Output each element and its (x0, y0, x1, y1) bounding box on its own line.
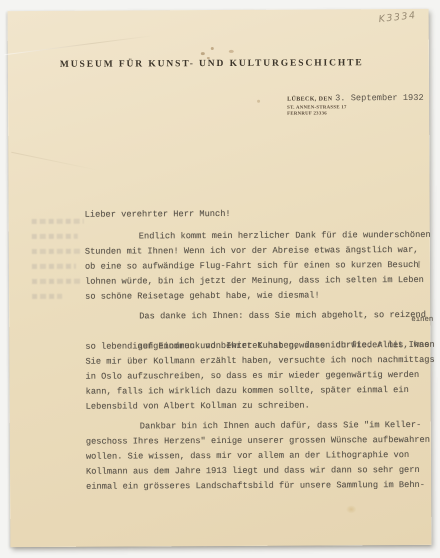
ghost-text-line (32, 219, 84, 224)
letterhead-title: MUSEUM FÜR KUNST- UND KULTURGESCHICHTE (60, 58, 364, 70)
letter-line: in Oslo aufzuschreiben, so dass es mir w… (85, 368, 427, 385)
ghost-text-line (32, 234, 78, 239)
insertion-word: einen (411, 316, 433, 325)
letter-body: Lieber verehrter Herr Munch! Endlich kom… (85, 206, 428, 495)
ink-stain (211, 47, 214, 50)
city-date-label: LÜBECK, DEN (287, 96, 332, 102)
paper-crease (4, 35, 153, 55)
ghost-text-line (32, 249, 82, 254)
letter-line: wollen. Sie wissen, dass mir vor allem a… (86, 448, 428, 465)
letter-line: Endlich kommt mein herzlicher Dank für d… (85, 228, 427, 245)
phone-line: FERNRUF 23336 (287, 111, 327, 116)
letter-line: Das danke ich Ihnen: dass Sie mich abgeh… (85, 308, 427, 325)
letter-line-text: aufgenommen und bewirtet haben, dass ich… (137, 340, 440, 352)
ink-stain (207, 57, 210, 59)
letter-line: aufgenommen und bewirtet haben, dass ich… (85, 323, 427, 340)
typed-date: 3. September 1932 (335, 93, 424, 103)
letter-line: Dankbar bin ich Ihnen auch dafür, dass S… (86, 418, 428, 435)
letter-line: so schöne Reisetage gehabt habe, wie die… (85, 288, 427, 305)
salutation: Lieber verehrter Herr Munch! (85, 206, 427, 223)
paragraph: Dankbar bin ich Ihnen auch dafür, dass S… (86, 418, 428, 495)
ink-stain (257, 100, 260, 103)
ghost-text-line (32, 264, 76, 269)
letter-line: lohnen würde, bin ich jetzt der Meinung,… (85, 273, 427, 290)
archive-code-annotation: K3334 (378, 10, 417, 25)
letter-page: K3334 MUSEUM FÜR KUNST- UND KULTURGESCHI… (8, 9, 432, 547)
ink-stain (229, 50, 234, 53)
letter-line: kann, falls ich wirklich dazu kommen sol… (86, 383, 428, 400)
paper-stain (346, 505, 356, 513)
paragraph: Endlich kommt mein herzlicher Dank für d… (85, 228, 427, 305)
letter-line: Kollmann aus dem Jahre 1913 liegt und da… (86, 463, 428, 480)
scan-background: K3334 MUSEUM FÜR KUNST- UND KULTURGESCHI… (0, 0, 440, 558)
paragraph: Das danke ich Ihnen: dass Sie mich abgeh… (85, 308, 428, 415)
letter-line: einmal ein grösseres Landschaftsbild für… (86, 478, 428, 495)
ghost-text-line (32, 294, 62, 299)
ink-stain (201, 52, 205, 55)
letter-line: Lebensbild von Albert Kollman zu schreib… (86, 398, 428, 415)
address-line: ST. ANNEN-STRASSE 17 (287, 105, 347, 110)
letter-line: geschoss Ihres Herzens" einige unserer g… (86, 433, 428, 450)
letter-line: ob eine so aufwändige Flug-Fahrt sich fü… (85, 258, 427, 275)
paper-crease (11, 152, 99, 171)
letter-line: Stunden mit Ihnen! Wenn ich vor der Abre… (85, 243, 427, 260)
ghost-text-line (32, 279, 80, 284)
